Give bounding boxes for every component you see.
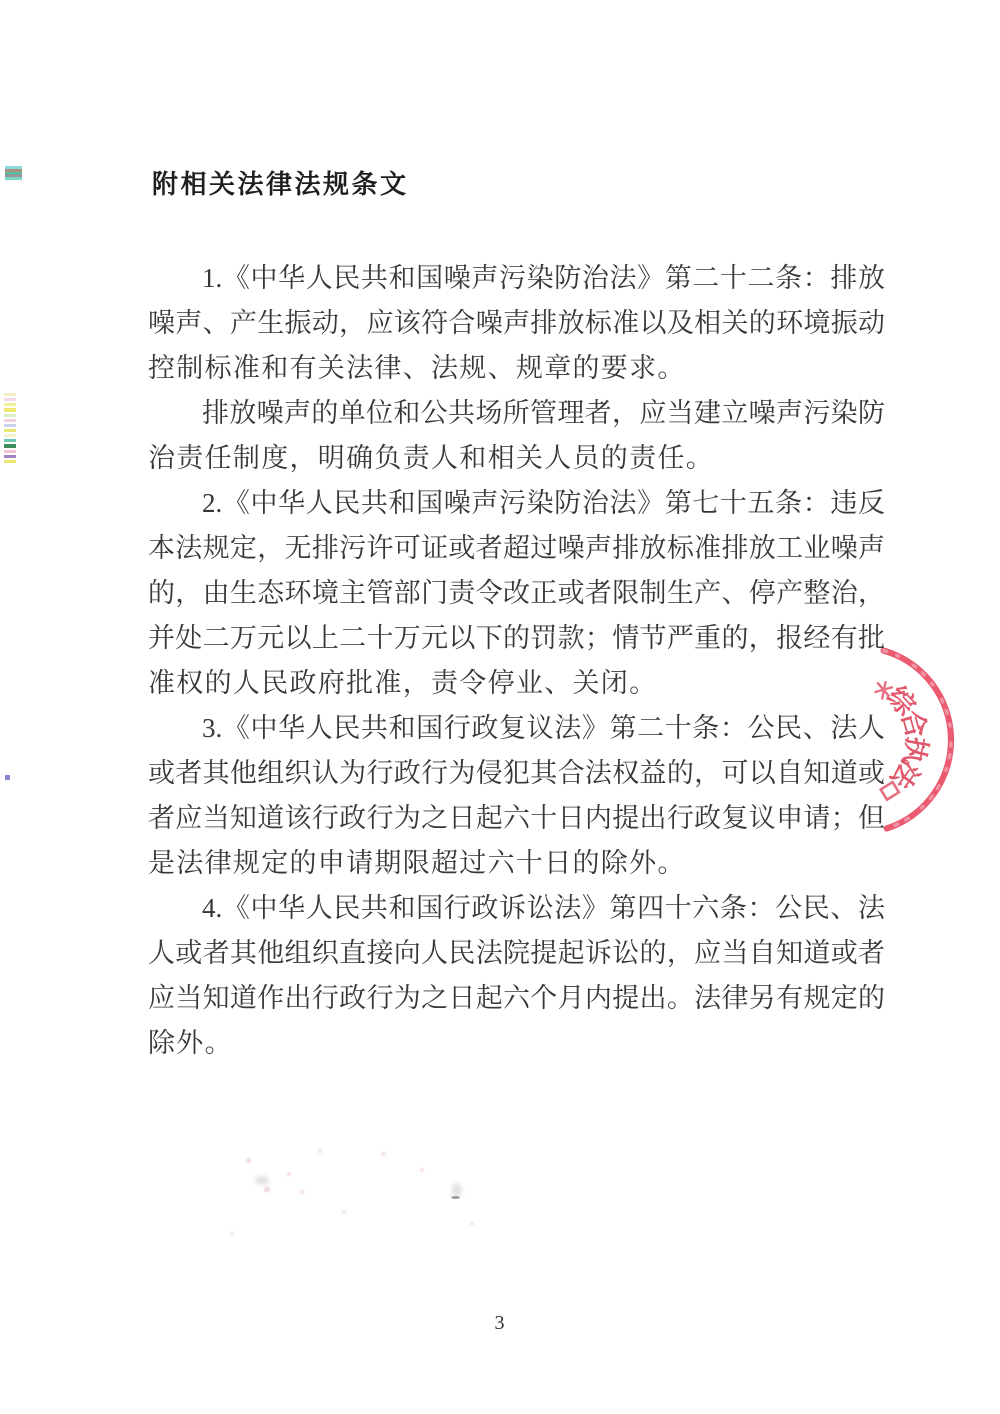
scan-smudge-dot	[246, 1158, 251, 1163]
text-line: 是法律规定的申请期限超过六十日的除外。	[148, 841, 885, 886]
text-line: 治责任制度，明确负责人和相关人员的责任。	[148, 436, 885, 481]
scan-smudge-dot	[230, 1232, 234, 1235]
scan-smudge-dot	[470, 1222, 474, 1225]
scan-speck	[5, 775, 10, 780]
document-title: 附相关法律法规条文	[152, 164, 409, 201]
seal-ring-arc	[884, 651, 951, 829]
text-line: 的，由生态环境主管部门责令改正或者限制生产、停产整治，	[148, 571, 885, 616]
seal-character: 合	[896, 707, 933, 741]
seal-ring-texture	[884, 651, 951, 829]
seal-character: 法	[884, 754, 925, 794]
artifact-stripe	[4, 398, 16, 401]
scan-smudge-dot	[318, 1149, 322, 1153]
scan-color-artifact-top	[5, 166, 22, 180]
artifact-stripe	[4, 414, 16, 417]
text-line: 应当知道作出行政行为之日起六个月内提出。法律另有规定的	[148, 976, 885, 1021]
artifact-stripe	[4, 419, 16, 422]
scan-smudge-dot	[287, 1172, 291, 1176]
artifact-stripe	[4, 444, 16, 448]
seal-character: 执	[898, 734, 932, 766]
text-line: 1.《中华人民共和国噪声污染防治法》第二十二条：排放	[148, 256, 885, 301]
text-line: 噪声、产生振动，应该符合噪声排放标准以及相关的环境振动	[148, 301, 885, 346]
scan-smudge-dot	[300, 1190, 304, 1194]
text-line: 或者其他组织认为行政行为侵犯其合法权益的，可以自知道或	[148, 751, 885, 796]
scanned-document-page: 附相关法律法规条文 1.《中华人民共和国噪声污染防治法》第二十二条：排放噪声、产…	[0, 0, 1000, 1414]
artifact-stripe	[4, 450, 16, 453]
scan-smudge-dot	[451, 1196, 460, 1199]
artifact-stripe	[4, 460, 16, 463]
text-line: 人或者其他组织直接向人民法院提起诉讼的，应当自知道或者	[148, 931, 885, 976]
text-line: 本法规定，无排污许可证或者超过噪声排放标准排放工业噪声	[148, 526, 885, 571]
text-line: 控制标准和有关法律、法规、规章的要求。	[148, 346, 885, 391]
scan-smudge-dot	[452, 1183, 462, 1197]
scan-color-artifact-left	[4, 393, 16, 465]
seal-character: 综	[881, 680, 923, 722]
scan-smudge-dot	[420, 1168, 424, 1172]
artifact-stripe	[4, 393, 16, 396]
scan-smudge-dot	[264, 1187, 270, 1192]
page-number: 3	[0, 1312, 1000, 1335]
text-line: 者应当知道该行政行为之日起六十日内提出行政复议申请；但	[148, 796, 885, 841]
document-body-text: 1.《中华人民共和国噪声污染防治法》第二十二条：排放噪声、产生振动，应该符合噪声…	[148, 256, 885, 1066]
artifact-stripe	[4, 439, 16, 442]
artifact-stripe	[4, 403, 16, 406]
artifact-stripe	[4, 429, 16, 432]
text-line: 3.《中华人民共和国行政复议法》第二十条：公民、法人	[148, 706, 885, 751]
text-line: 除外。	[148, 1021, 885, 1066]
artifact-stripe	[5, 177, 22, 180]
text-line: 2.《中华人民共和国噪声污染防治法》第七十五条：违反	[148, 481, 885, 526]
scan-smudge-dot	[342, 1210, 346, 1213]
text-line: 4.《中华人民共和国行政诉讼法》第四十六条：公民、法	[148, 886, 885, 931]
scan-smudge-dot	[255, 1176, 269, 1185]
text-line: 准权的人民政府批准，责令停业、关闭。	[148, 661, 885, 706]
artifact-stripe	[4, 424, 16, 427]
text-line: 排放噪声的单位和公共场所管理者，应当建立噪声污染防	[148, 391, 885, 436]
scan-smudge-dot	[381, 1152, 386, 1156]
artifact-stripe	[4, 434, 16, 437]
artifact-stripe	[4, 455, 16, 458]
artifact-stripe	[4, 408, 16, 412]
text-line: 并处二万元以上二十万元以下的罚款；情节严重的，报经有批	[148, 616, 885, 661]
